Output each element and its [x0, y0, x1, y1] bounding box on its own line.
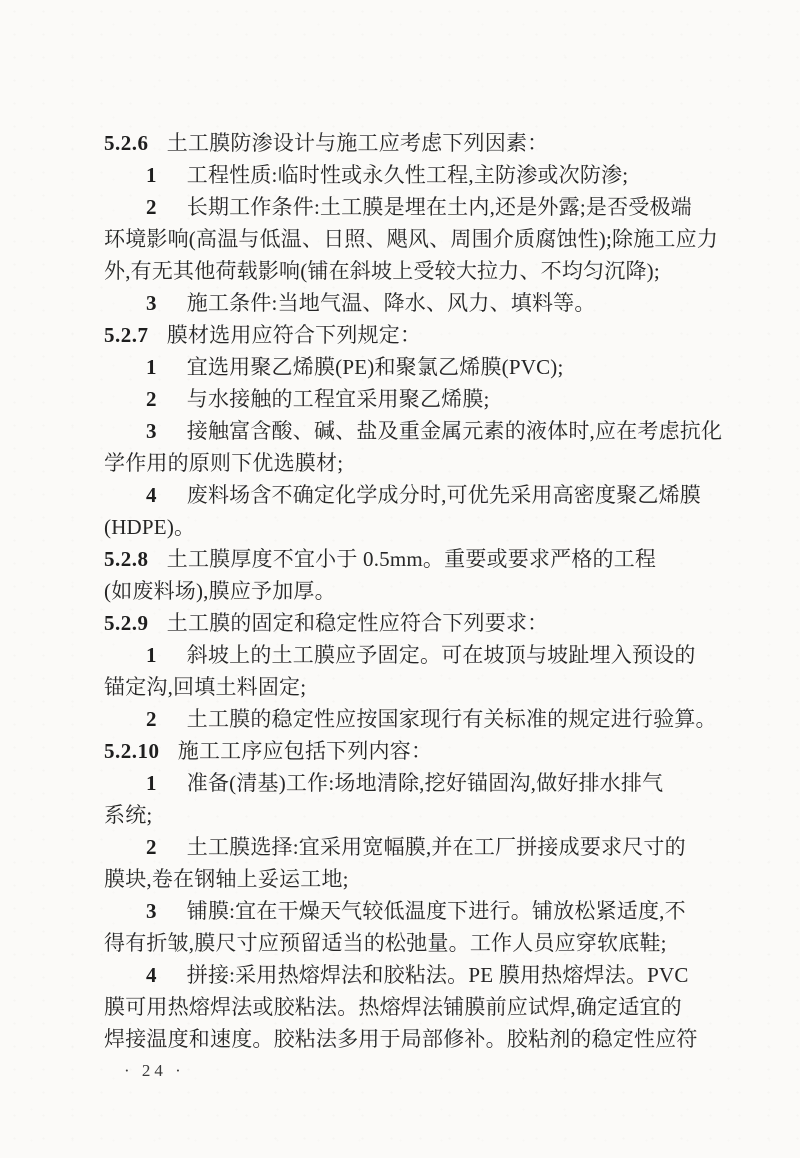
page-number: · 24 ·: [124, 1061, 185, 1081]
text-line: 环境影响(高温与低温、日照、飓风、周围介质腐蚀性);除施工应力: [104, 223, 704, 255]
clause-number: 1: [146, 643, 157, 667]
line-text: 外,有无其他荷载影响(铺在斜坡上受较大拉力、不均匀沉降);: [104, 259, 660, 283]
line-text: (如废料场),膜应予加厚。: [104, 579, 336, 603]
line-text: 膜材选用应符合下列规定：: [167, 323, 421, 347]
clause-number: 1: [146, 355, 157, 379]
text-line: 2 与水接触的工程宜采用聚乙烯膜;: [104, 383, 704, 415]
text-line: 得有折皱,膜尺寸应预留适当的松弛量。工作人员应穿软底鞋;: [104, 927, 704, 959]
text-line: 5.2.8 土工膜厚度不宜小于 0.5mm。重要或要求严格的工程: [104, 543, 704, 575]
text-line: 系统;: [104, 799, 704, 831]
clause-number: 5.2.10: [104, 739, 160, 763]
text-line: 焊接温度和速度。胶粘法多用于局部修补。胶粘剂的稳定性应符: [104, 1023, 704, 1055]
line-text: 宜选用聚乙烯膜(PE)和聚氯乙烯膜(PVC);: [187, 355, 564, 379]
line-text: 接触富含酸、碱、盐及重金属元素的液体时,应在考虑抗化: [187, 419, 722, 443]
clause-number: 5.2.6: [104, 131, 149, 155]
clause-number: 4: [146, 483, 157, 507]
text-line: 5.2.10 施工工序应包括下列内容：: [104, 735, 704, 767]
text-line: 4 拼接:采用热熔焊法和胶粘法。PE 膜用热熔焊法。PVC: [104, 959, 704, 991]
line-text: 斜坡上的土工膜应予固定。可在坡顶与坡趾埋入预设的: [187, 643, 696, 667]
text-line: 4 废料场含不确定化学成分时,可优先采用高密度聚乙烯膜: [104, 479, 704, 511]
line-text: 工程性质:临时性或永久性工程,主防渗或次防渗;: [187, 163, 629, 187]
document-page: 5.2.6 土工膜防渗设计与施工应考虑下列因素： 1 工程性质:临时性或永久性工…: [0, 0, 800, 1158]
clause-number: 2: [146, 835, 157, 859]
clause-number: 3: [146, 419, 157, 443]
line-text: 土工膜选择:宜采用宽幅膜,并在工厂拼接成要求尺寸的: [187, 835, 686, 859]
line-text: 施工条件:当地气温、降水、风力、填料等。: [187, 291, 596, 315]
text-line: 锚定沟,回填土料固定;: [104, 671, 704, 703]
clause-number: 4: [146, 963, 157, 987]
clause-number: 2: [146, 387, 157, 411]
line-text: 铺膜:宜在干燥天气较低温度下进行。铺放松紧适度,不: [187, 899, 686, 923]
line-text: (HDPE)。: [104, 515, 195, 539]
clause-number: 1: [146, 771, 157, 795]
clause-number: 5.2.7: [104, 323, 149, 347]
clause-number: 2: [146, 707, 157, 731]
line-text: 系统;: [104, 803, 152, 827]
document-body: 5.2.6 土工膜防渗设计与施工应考虑下列因素： 1 工程性质:临时性或永久性工…: [104, 127, 704, 1055]
clause-number: 5.2.9: [104, 611, 149, 635]
text-line: 2 长期工作条件:土工膜是埋在土内,还是外露;是否受极端: [104, 191, 704, 223]
line-text: 土工膜的稳定性应按国家现行有关标准的规定进行验算。: [187, 707, 717, 731]
line-text: 土工膜的固定和稳定性应符合下列要求：: [167, 611, 549, 635]
text-line: 5.2.6 土工膜防渗设计与施工应考虑下列因素：: [104, 127, 704, 159]
text-line: 5.2.9 土工膜的固定和稳定性应符合下列要求：: [104, 607, 704, 639]
line-text: 土工膜厚度不宜小于 0.5mm。重要或要求严格的工程: [167, 547, 656, 571]
text-line: 3 施工条件:当地气温、降水、风力、填料等。: [104, 287, 704, 319]
text-line: 3 接触富含酸、碱、盐及重金属元素的液体时,应在考虑抗化: [104, 415, 704, 447]
clause-number: 3: [146, 899, 157, 923]
line-text: 得有折皱,膜尺寸应预留适当的松弛量。工作人员应穿软底鞋;: [104, 931, 667, 955]
line-text: 环境影响(高温与低温、日照、飓风、周围介质腐蚀性);除施工应力: [104, 227, 718, 251]
text-line: 1 准备(清基)工作:场地清除,挖好锚固沟,做好排水排气: [104, 767, 704, 799]
clause-number: 1: [146, 163, 157, 187]
text-line: 2 土工膜选择:宜采用宽幅膜,并在工厂拼接成要求尺寸的: [104, 831, 704, 863]
line-text: 拼接:采用热熔焊法和胶粘法。PE 膜用热熔焊法。PVC: [187, 963, 689, 987]
line-text: 土工膜防渗设计与施工应考虑下列因素：: [167, 131, 549, 155]
line-text: 膜块,卷在钢轴上妥运工地;: [104, 867, 349, 891]
line-text: 施工工序应包括下列内容：: [178, 739, 432, 763]
line-text: 废料场含不确定化学成分时,可优先采用高密度聚乙烯膜: [187, 483, 701, 507]
text-line: 1 宜选用聚乙烯膜(PE)和聚氯乙烯膜(PVC);: [104, 351, 704, 383]
text-line: (如废料场),膜应予加厚。: [104, 575, 704, 607]
line-text: 锚定沟,回填土料固定;: [104, 675, 306, 699]
text-line: 2 土工膜的稳定性应按国家现行有关标准的规定进行验算。: [104, 703, 704, 735]
text-line: 3 铺膜:宜在干燥天气较低温度下进行。铺放松紧适度,不: [104, 895, 704, 927]
line-text: 与水接触的工程宜采用聚乙烯膜;: [187, 387, 490, 411]
line-text: 膜可用热熔焊法或胶粘法。热熔焊法铺膜前应试焊,确定适宜的: [104, 995, 682, 1019]
text-line: 膜块,卷在钢轴上妥运工地;: [104, 863, 704, 895]
text-line: 膜可用热熔焊法或胶粘法。热熔焊法铺膜前应试焊,确定适宜的: [104, 991, 704, 1023]
line-text: 准备(清基)工作:场地清除,挖好锚固沟,做好排水排气: [187, 771, 664, 795]
clause-number: 3: [146, 291, 157, 315]
text-line: 学作用的原则下优选膜材;: [104, 447, 704, 479]
line-text: 焊接温度和速度。胶粘法多用于局部修补。胶粘剂的稳定性应符: [104, 1027, 698, 1051]
line-text: 长期工作条件:土工膜是埋在土内,还是外露;是否受极端: [187, 195, 692, 219]
clause-number: 2: [146, 195, 157, 219]
text-line: (HDPE)。: [104, 511, 704, 543]
text-line: 外,有无其他荷载影响(铺在斜坡上受较大拉力、不均匀沉降);: [104, 255, 704, 287]
clause-number: 5.2.8: [104, 547, 149, 571]
text-line: 1 斜坡上的土工膜应予固定。可在坡顶与坡趾埋入预设的: [104, 639, 704, 671]
text-line: 5.2.7 膜材选用应符合下列规定：: [104, 319, 704, 351]
line-text: 学作用的原则下优选膜材;: [104, 451, 343, 475]
text-line: 1 工程性质:临时性或永久性工程,主防渗或次防渗;: [104, 159, 704, 191]
